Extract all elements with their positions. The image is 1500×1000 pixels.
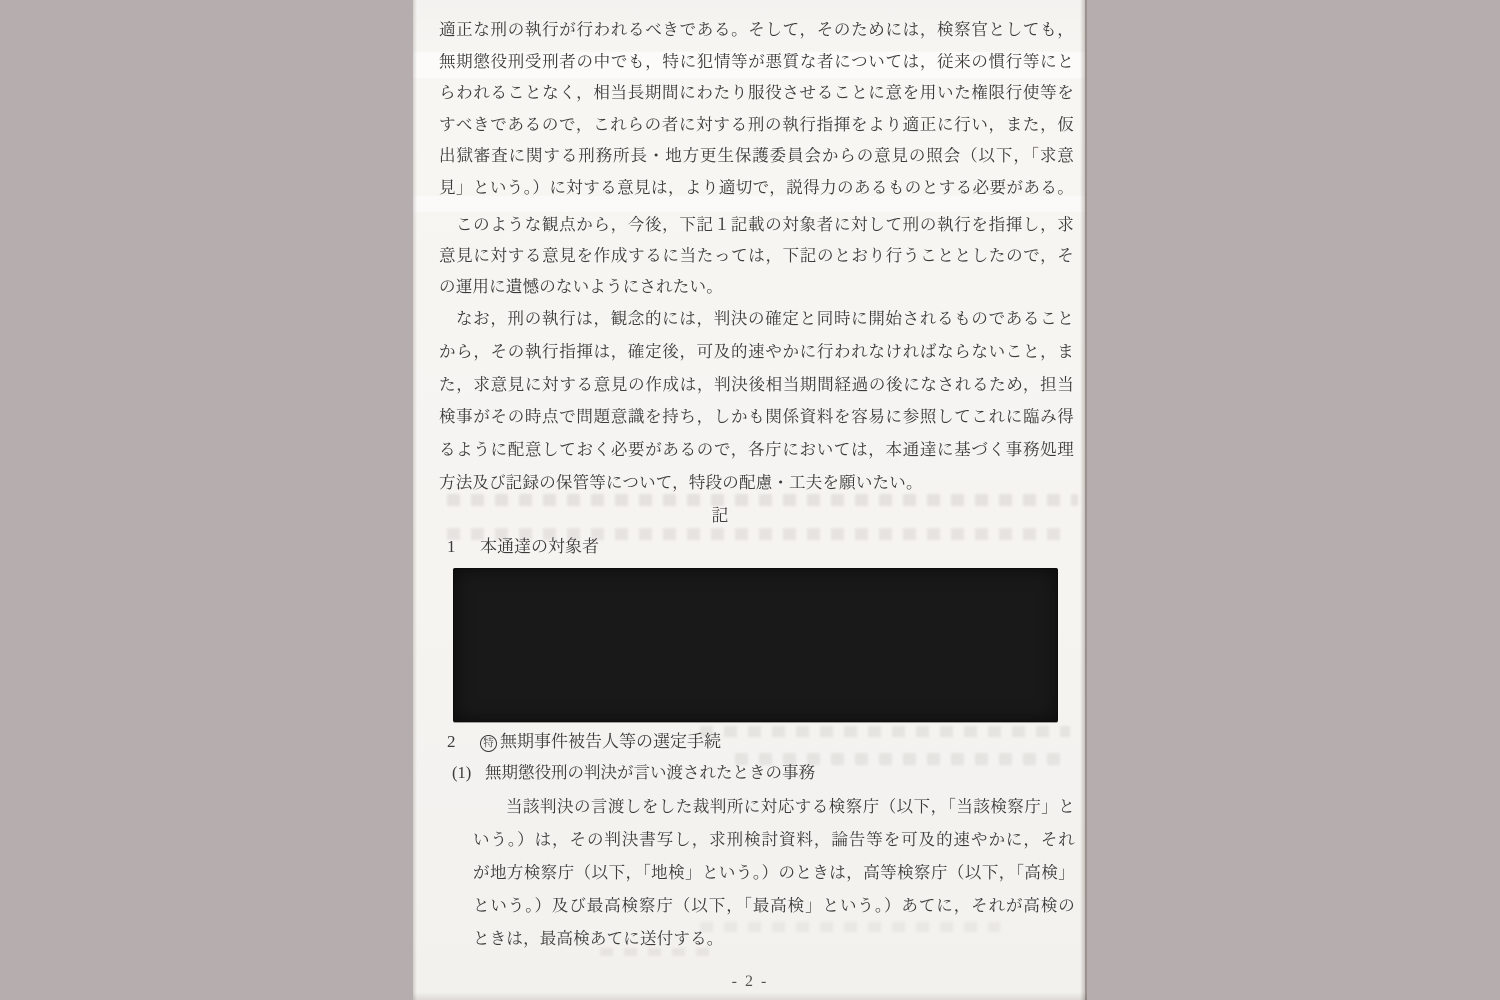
section-title: 無期事件被告人等の選定手続 [500,732,721,751]
text-line: なお，刑の執行は，観念的には，判決の確定と同時に開始されるものであること [439,303,1074,336]
text-line: から，その執行指揮は，確定後，可及的速やかに行われなければならないこと，ま [439,336,1074,369]
document-page: 適正な刑の執行が行われるべきである。そして，そのためには，検察官としても， 無期… [413,0,1087,1000]
text-line: 方法及び記録の保管等について，特段の配慮・工夫を願いたい。 [439,467,1074,500]
item-1-paragraph: 当該判決の言渡しをした裁判所に対応する検察庁（以下，「当該検察庁」と いう。）は… [473,790,1075,955]
item-title: 無期懲役刑の判決が言い渡されたときの事務 [485,763,815,782]
text-line: が地方検察庁（以下，「地検」という。）のときは，高等検察庁（以下，「高検」 [473,856,1075,889]
page-bottom-edge [413,992,1087,1000]
text-line: 検事がその時点で問題意識を持ち，しかも関係資料を容易に参照してこれに臨み得 [439,401,1074,434]
text-line: の運用に遺憾のないようにされたい。 [439,271,1074,302]
section-2-heading: 2特無期事件被告人等の選定手続 [447,726,721,758]
circled-toku-mark-icon: 特 [480,735,497,752]
scanned-document-background: 適正な刑の執行が行われるべきである。そして，そのためには，検察官としても， 無期… [0,0,1500,1000]
text-line: 意見に対する意見を作成するに当たっては，下記のとおり行うこととしたので，そ [439,240,1074,271]
paragraph-continuation: 適正な刑の執行が行われるべきである。そして，そのためには，検察官としても， 無期… [439,14,1074,204]
text-line: いう。）は，その判決書写し，求刑検討資料，論告等を可及的速やかに，それ [473,823,1075,856]
text-line: 当該判決の言渡しをした裁判所に対応する検察庁（以下，「当該検察庁」と [473,790,1075,823]
text-line: このような観点から，今後，下記１記載の対象者に対して刑の執行を指揮し，求 [439,209,1074,240]
text-line: らわれることなく，相当長期間にわたり服役させることに意を用いた権限行使等を [439,77,1074,109]
text-line: 適正な刑の執行が行われるべきである。そして，そのためには，検察官としても， [439,14,1074,46]
text-line: すべきであるので，これらの者に対する刑の執行指揮をより適正に行い，また，仮 [439,109,1074,141]
text-line: 無期懲役刑受刑者の中でも，特に犯情等が悪質な者については，従来の慣行等にと [439,46,1074,78]
section-number: 1 [447,531,480,563]
redaction-box [453,568,1058,722]
text-line: 出獄審査に関する刑務所長・地方更生保護委員会からの意見の照会（以下，「求意 [439,140,1074,172]
bleedthrough-ghost-text [700,726,1070,737]
text-line: 見」という。）に対する意見は，より適切で，説得力のあるものとする必要がある。 [439,172,1074,204]
page-left-edge [413,0,417,1000]
text-line: という。）及び最高検察庁（以下，「最高検」という。）あてに，それが高検の [473,889,1075,922]
page-right-edge [1080,0,1087,1000]
section-1-heading: 1本通達の対象者 [447,531,599,563]
text-line: ときは，最高検あてに送付する。 [473,922,1075,955]
paragraph-note: なお，刑の執行は，観念的には，判決の確定と同時に開始されるものであること から，… [439,303,1074,500]
section-number: 2 [447,726,480,758]
text-line: た，求意見に対する意見の作成は，判決後相当期間経過の後になされるため，担当 [439,369,1074,402]
section-title: 本通達の対象者 [480,537,599,556]
text-line: るように配意しておく必要があるので，各庁においては，本通達に基づく事務処理 [439,434,1074,467]
item-number: (1) [452,757,485,789]
item-1-heading: (1)無期懲役刑の判決が言い渡されたときの事務 [452,757,815,789]
ki-centered-label: 記 [439,500,1001,532]
paragraph-directive: このような観点から，今後，下記１記載の対象者に対して刑の執行を指揮し，求 意見に… [439,209,1074,302]
